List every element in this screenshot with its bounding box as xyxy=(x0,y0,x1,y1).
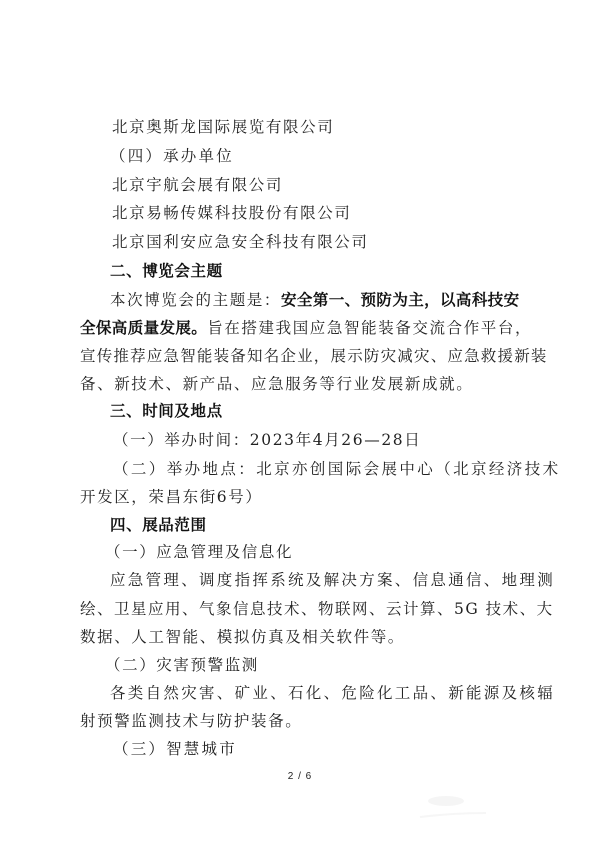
subsection-title-emergency-management: （一）应急管理及信息化 xyxy=(105,542,293,562)
organizer-aoslong: 北京奥斯龙国际展览有限公司 xyxy=(112,117,334,137)
organizer-yuhang: 北京宇航会展有限公司 xyxy=(112,175,283,195)
emergency-management-line-2: 绘、卫星应用、气象信息技术、物联网、云计算、5G 技术、大 xyxy=(80,599,554,619)
page-number: 2 / 6 xyxy=(0,771,600,782)
event-venue-line-2: 开发区，荣昌东街6号） xyxy=(80,487,262,507)
section-heading-time-venue: 三、时间及地点 xyxy=(110,401,223,421)
subheading-host-units: （四）承办单位 xyxy=(110,146,234,166)
theme-paragraph-line-2: 全保高质量发展。旨在搭建我国应急智能装备交流合作平台， xyxy=(80,318,532,338)
disaster-warning-line-1: 各类自然灾害、矿业、石化、危险化工品、新能源及核辐 xyxy=(110,683,555,703)
theme-paragraph-line-3: 宣传推荐应急智能装备知名企业，展示防灾减灾、应急救援新装 xyxy=(80,346,548,366)
event-venue-line-1: （二）举办地点：北京亦创国际会展中心（北京经济技术 xyxy=(113,459,561,479)
document-page: 北京奥斯龙国际展览有限公司 （四）承办单位 北京宇航会展有限公司 北京易畅传媒科… xyxy=(0,0,600,848)
disaster-warning-line-2: 射预警监测技术与防护装备。 xyxy=(80,711,302,731)
section-heading-exhibit-scope: 四、展品范围 xyxy=(110,515,207,535)
theme-intro-text: 本次博览会的主题是： xyxy=(110,291,281,309)
section-heading-theme: 二、博览会主题 xyxy=(110,261,223,281)
theme-purpose-text: 旨在搭建我国应急智能装备交流合作平台， xyxy=(207,319,532,337)
organizer-yichang: 北京易畅传媒科技股份有限公司 xyxy=(112,203,351,223)
emergency-management-line-1: 应急管理、调度指挥系统及解决方案、信息通信、地理测 xyxy=(110,570,555,590)
theme-slogan-part-2: 全保高质量发展。 xyxy=(80,319,207,337)
emergency-management-line-3: 数据、人工智能、模拟仿真及相关软件等。 xyxy=(80,627,405,647)
subsection-title-disaster-warning: （二）灾害预警监测 xyxy=(105,655,259,675)
watermark-logo-icon xyxy=(418,793,488,823)
subsection-title-smart-city: （三）智慧城市 xyxy=(113,739,237,759)
theme-paragraph-line-4: 备、新技术、新产品、应急服务等行业发展新成就。 xyxy=(80,374,473,394)
theme-paragraph-line-1: 本次博览会的主题是：安全第一、预防为主，以高科技安 xyxy=(110,290,520,310)
organizer-guolian: 北京国利安应急安全科技有限公司 xyxy=(112,232,369,252)
event-time: （一）举办时间：2023年4月26—28日 xyxy=(113,430,421,450)
theme-slogan-part-1: 安全第一、预防为主，以高科技安 xyxy=(281,291,520,309)
